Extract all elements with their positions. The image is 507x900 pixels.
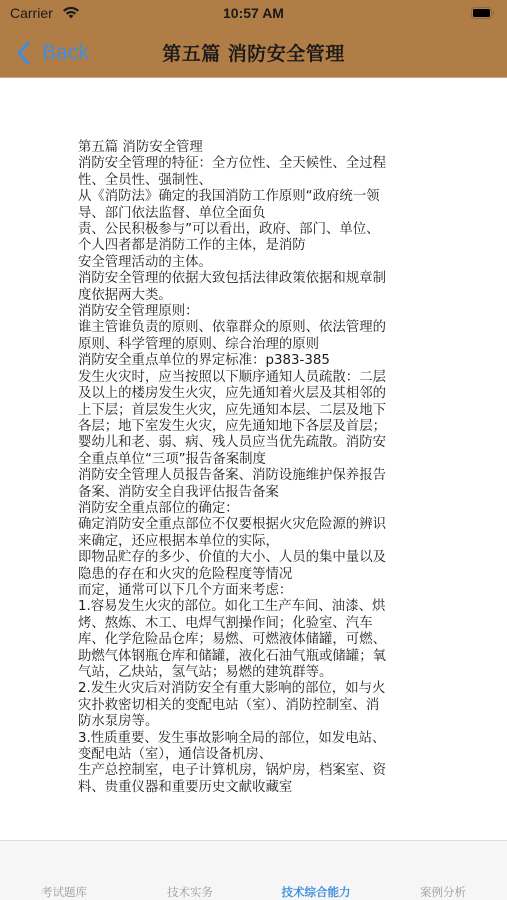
content-line: 导、部门依法监督、单位全面负	[78, 206, 434, 222]
navigation-bar: Back 第五篇 消防安全管理	[0, 30, 507, 76]
tab-label: 技术实务	[167, 885, 213, 899]
content-line: 消防安全管理原则：	[78, 304, 434, 320]
content-line: 灾扑救密切相关的变配电站（室）、消防控制室、消	[78, 698, 434, 714]
status-time: 10:57 AM	[0, 5, 507, 21]
content-line: 隐患的存在和火灾的危险程度等情况	[78, 567, 434, 583]
content-line: 谁主管谁负责的原则、依靠群众的原则、依法管理的	[78, 320, 434, 336]
content-line: 上下层；首层发生火灾，应先通知本层、二层及地下	[78, 403, 434, 419]
content-line: 及以上的楼房发生火灾，应先通知着火层及其相邻的	[78, 386, 434, 402]
content-line: 全重点单位“三项”报告备案制度	[78, 452, 434, 468]
content-line: 从《消防法》确定的我国消防工作原则“政府统一领	[78, 189, 434, 205]
content-line: 性、全员性、强制性、	[78, 173, 434, 189]
content-line: 消防安全管理的依据大致包括法律政策依据和规章制	[78, 271, 434, 287]
content-line: 责、公民积极参与”可以看出，政府、部门、单位、	[78, 222, 434, 238]
tab-bar: 考试题库 技术实务 技术综合能力 案例分析	[0, 840, 507, 900]
top-bar: Carrier 10:57 AM Back 第五篇 消防安全管理	[0, 0, 507, 78]
tab-label: 考试题库	[41, 885, 87, 899]
tab-case-analysis[interactable]: 案例分析	[380, 884, 506, 900]
content-line: 变配电站（室），通信设备机房、	[78, 747, 434, 763]
content-line: 第五篇 消防安全管理	[78, 140, 434, 156]
content-line: 安全管理活动的主体。	[78, 255, 434, 271]
content-line: 消防安全重点单位的界定标准：p383-385	[78, 353, 434, 369]
content-line: 防水泵房等。	[78, 714, 434, 730]
content-line: 各层；地下室发生火灾，应先通知地下各层及首层；	[78, 419, 434, 435]
content-line: 消防安全管理人员报告备案、消防设施维护保养报告	[78, 468, 434, 484]
content-line: 个人四者都是消防工作的主体，是消防	[78, 238, 434, 254]
content-line: 库、化学危险品仓库；易燃、可燃液体储罐，可燃、	[78, 632, 434, 648]
content-line: 消防安全管理的特征：全方位性、全天候性、全过程	[78, 156, 434, 172]
status-bar: Carrier 10:57 AM	[0, 0, 507, 28]
tab-comprehensive-ability[interactable]: 技术综合能力	[253, 884, 379, 900]
content-line: 2.发生火灾后对消防安全有重大影响的部位，如与火	[78, 681, 434, 697]
content-line: 即物品贮存的多少、价值的大小、人员的集中量以及	[78, 550, 434, 566]
content-line: 来确定，还应根据本单位的实际，	[78, 534, 434, 550]
tab-label: 技术综合能力	[282, 885, 351, 899]
content-line: 而定，通常可以下几个方面来考虑：	[78, 583, 434, 599]
content-line: 度依据两大类。	[78, 288, 434, 304]
content-line: 原则、科学管理的原则、综合治理的原则	[78, 337, 434, 353]
tab-technical-practice[interactable]: 技术实务	[127, 884, 253, 900]
tab-exam-bank[interactable]: 考试题库	[1, 884, 127, 900]
content-line: 发生火灾时，应当按照以下顺序通知人员疏散：二层	[78, 370, 434, 386]
content-line: 烤、熬炼、木工、电焊气割操作间；化验室、汽车	[78, 616, 434, 632]
content-line: 生产总控制室，电子计算机房，锅炉房，档案室、资	[78, 763, 434, 779]
content-line: 1.容易发生火灾的部位。如化工生产车间、油漆、烘	[78, 599, 434, 615]
page-title: 第五篇 消防安全管理	[0, 39, 507, 66]
content-line: 3.性质重要、发生事故影响全局的部位，如发电站、	[78, 731, 434, 747]
content-line: 气站，乙炔站，氢气站；易燃的建筑群等。	[78, 665, 434, 681]
article-content[interactable]: 第五篇 消防安全管理消防安全管理的特征：全方位性、全天候性、全过程性、全员性、强…	[78, 140, 434, 796]
content-line: 消防安全重点部位的确定：	[78, 501, 434, 517]
content-line: 料、贵重仪器和重要历史文献收藏室	[78, 780, 434, 796]
content-line: 婴幼儿和老、弱、病、残人员应当优先疏散。消防安	[78, 435, 434, 451]
content-line: 确定消防安全重点部位不仅要根据火灾危险源的辨识	[78, 517, 434, 533]
content-line: 助燃气体钢瓶仓库和储罐，液化石油气瓶或储罐；氧	[78, 649, 434, 665]
tab-label: 案例分析	[420, 885, 466, 899]
content-line: 备案、消防安全自我评估报告备案	[78, 485, 434, 501]
battery-icon	[471, 7, 495, 19]
